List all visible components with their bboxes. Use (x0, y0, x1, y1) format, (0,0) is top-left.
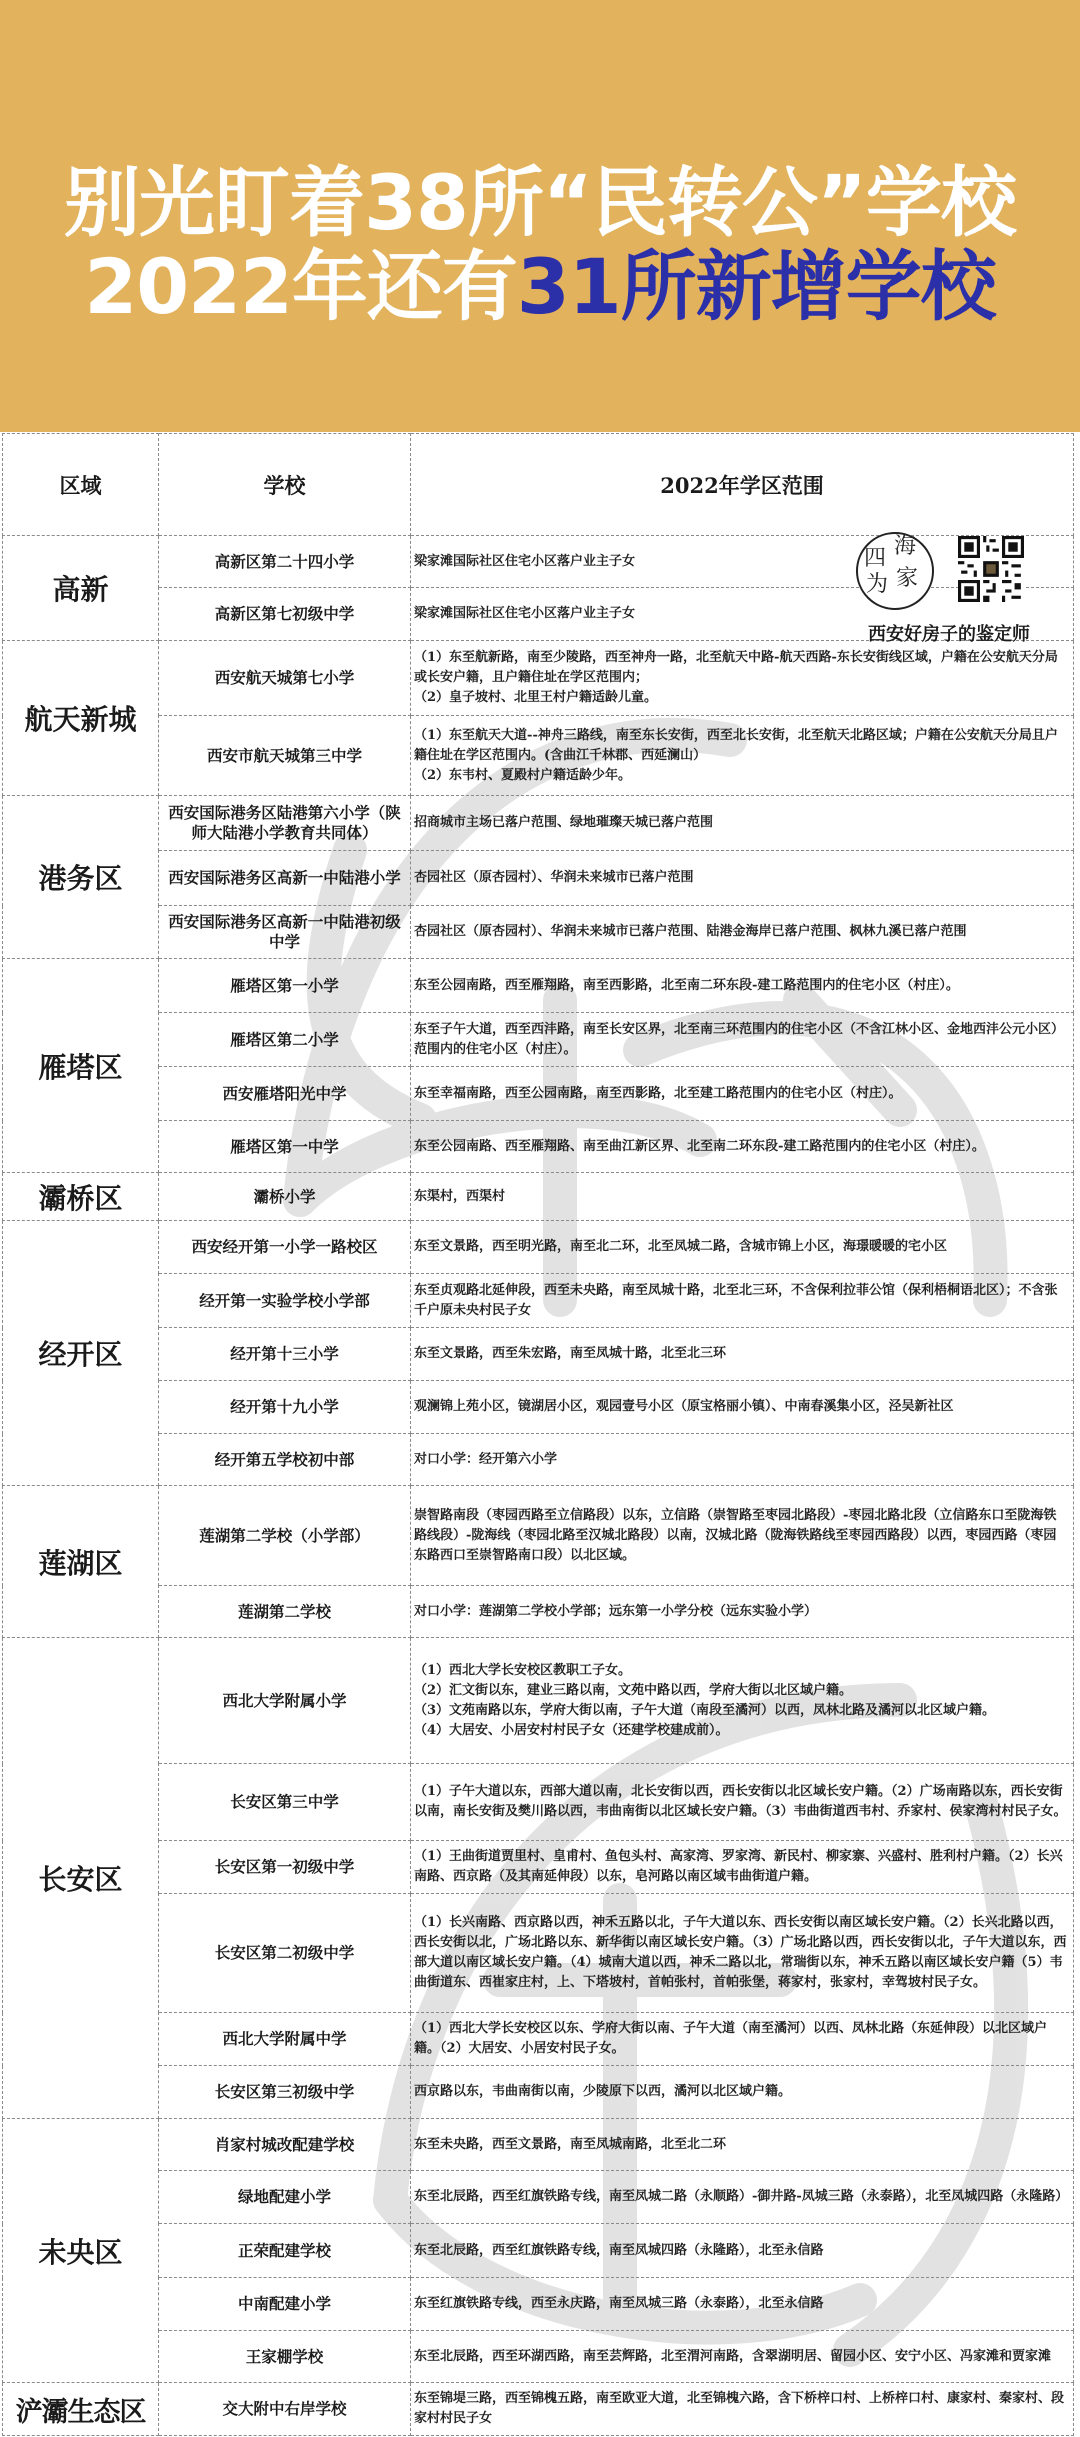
table-row: 雁塔区第二小学 东至子午大道，西至西沣路，南至长安区界，北至南三环范围内的住宅小… (3, 1013, 1074, 1067)
range-cell: （1）西北大学长安校区教职工子女。 （2）汇文街以东，建业三路以南，文苑中路以西… (411, 1638, 1074, 1764)
range-cell: 东至幸福南路，西至公园南路，南至西影路，北至建工路范围内的住宅小区（村庄）。 (411, 1067, 1074, 1121)
district-cell: 航天新城 (3, 641, 159, 796)
district-cell: 未央区 (3, 2119, 159, 2383)
table-row: 西安市航天城第三中学 （1）东至航天大道--神舟三路线，南至东长安街，西至北长安… (3, 716, 1074, 796)
range-cell: 东至锦堤三路，西至锦槐五路，南至欧亚大道，北至锦槐六路，含下桥梓口村、上桥梓口村… (411, 2383, 1074, 2436)
table-row: 长安区第三初级中学 西京路以东，韦曲南街以南，少陵原下以西，潏河以北区域户籍。 (3, 2066, 1074, 2119)
range-cell: 东至文景路，西至朱宏路，南至凤城十路，北至北三环 (411, 1328, 1074, 1381)
table-row: 港务区 西安国际港务区陆港第六小学（陕师大陆港小学教育共同体） 招商城市主场已落… (3, 796, 1074, 851)
range-cell: 东至公园南路，西至雁翔路，南至西影路，北至南二环东段-建工路范围内的住宅小区（村… (411, 959, 1074, 1013)
district-cell: 经开区 (3, 1221, 159, 1486)
brand-slogan: 西安好房子的鉴定师 (838, 620, 1060, 646)
table-row: 长安区第二初级中学 （1）长兴南路、西京路以西，神禾五路以北，子午大道以东、西长… (3, 1894, 1074, 2013)
table-row: 中南配建小学 东至红旗铁路专线，西至永庆路，南至凤城三路（永泰路），北至永信路 (3, 2278, 1074, 2331)
range-cell: 杏园社区（原杏园村）、华润未来城市已落户范围、陆港金海岸已落户范围、枫林九溪已落… (411, 906, 1074, 959)
school-cell: 西安航天城第七小学 (159, 641, 411, 716)
table-row: 西安国际港务区高新一中陆港小学 杏园社区（原杏园村）、华润未来城市已落户范围 (3, 851, 1074, 906)
school-cell: 交大附中右岸学校 (159, 2383, 411, 2436)
district-cell: 灞桥区 (3, 1173, 159, 1221)
banner-title-highlight: 31所新增学校 (517, 242, 996, 331)
school-district-table: 区域 学校 2022年学区范围 高新 高新区第二十四小学 梁家滩国际社区住宅小区… (2, 433, 1074, 2436)
table-row: 浐灞生态区 交大附中右岸学校 东至锦堤三路，西至锦槐五路，南至欧亚大道，北至锦槐… (3, 2383, 1074, 2436)
table-row: 西安国际港务区高新一中陆港初级中学 杏园社区（原杏园村）、华润未来城市已落户范围… (3, 906, 1074, 959)
table-row: 未央区 肖家村城改配建学校 东至未央路，西至文景路，南至凤城南路，北至北二环 (3, 2119, 1074, 2171)
table-row: 莲湖区 莲湖第二学校（小学部） 崇智路南段（枣园西路至立信路段）以东，立信路（崇… (3, 1486, 1074, 1586)
range-cell: 东至未央路，西至文景路，南至凤城南路，北至北二环 (411, 2119, 1074, 2171)
table-row: 西北大学附属中学 （1）西北大学长安校区以东、学府大街以南、子午大道（南至潏河）… (3, 2013, 1074, 2066)
range-cell: （1）长兴南路、西京路以西，神禾五路以北，子午大道以东、西长安街以南区域长安户籍… (411, 1894, 1074, 2013)
table-row: 西安雁塔阳光中学 东至幸福南路，西至公园南路，南至西影路，北至建工路范围内的住宅… (3, 1067, 1074, 1121)
table-row: 长安区第一初级中学 （1）王曲街道贾里村、皇甫村、鱼包头村、高家湾、罗家湾、新民… (3, 1841, 1074, 1894)
range-cell: （1）西北大学长安校区以东、学府大街以南、子午大道（南至潏河）以西、凤林北路（东… (411, 2013, 1074, 2066)
range-cell: 东至红旗铁路专线，西至永庆路，南至凤城三路（永泰路），北至永信路 (411, 2278, 1074, 2331)
table-row: 经开第十三小学 东至文景路，西至朱宏路，南至凤城十路，北至北三环 (3, 1328, 1074, 1381)
school-cell: 莲湖第二学校（小学部） (159, 1486, 411, 1586)
range-cell: 东至公园南路、西至雁翔路、南至曲江新区界、北至南二环东段-建工路范围内的住宅小区… (411, 1121, 1074, 1173)
qr-code-icon[interactable] (958, 536, 1024, 602)
table-row: 正荣配建学校 东至北辰路，西至红旗铁路专线，南至凤城四路（永隆路），北至永信路 (3, 2224, 1074, 2278)
range-cell: 观澜锦上苑小区，镜湖居小区，观园壹号小区（原宝格丽小镇）、中南春溪集小区，泾吴新… (411, 1381, 1074, 1434)
school-cell: 正荣配建学校 (159, 2224, 411, 2278)
range-cell: 崇智路南段（枣园西路至立信路段）以东，立信路（崇智路至枣园北路段）-枣园北路北段… (411, 1486, 1074, 1586)
header-school: 学校 (159, 434, 411, 536)
range-cell: 对口小学：莲湖第二学校小学部；远东第一小学分校（远东实验小学） (411, 1586, 1074, 1638)
district-cell: 浐灞生态区 (3, 2383, 159, 2436)
district-cell: 高新 (3, 536, 159, 641)
table-row: 经开第十九小学 观澜锦上苑小区，镜湖居小区，观园壹号小区（原宝格丽小镇）、中南春… (3, 1381, 1074, 1434)
banner-title-line2: 2022年还有31所新增学校 (0, 226, 1080, 335)
school-cell: 高新区第二十四小学 (159, 536, 411, 588)
school-cell: 西安市航天城第三中学 (159, 716, 411, 796)
title-banner: 别光盯着38所“民转公”学校 2022年还有31所新增学校 (0, 0, 1080, 432)
school-cell: 肖家村城改配建学校 (159, 2119, 411, 2171)
range-cell: 东至北辰路，西至红旗铁路专线，南至凤城二路（永顺路）-御井路-凤城三路（永泰路）… (411, 2171, 1074, 2224)
school-cell: 长安区第一初级中学 (159, 1841, 411, 1894)
district-cell: 港务区 (3, 796, 159, 959)
range-cell: 东渠村，西渠村 (411, 1173, 1074, 1221)
school-cell: 经开第五学校初中部 (159, 1434, 411, 1486)
school-cell: 绿地配建小学 (159, 2171, 411, 2224)
school-cell: 中南配建小学 (159, 2278, 411, 2331)
table-row: 灞桥区 灞桥小学 东渠村，西渠村 (3, 1173, 1074, 1221)
school-cell: 王家棚学校 (159, 2331, 411, 2383)
range-cell: （1）子午大道以东，西部大道以南，北长安街以西，西长安街以北区域长安户籍。（2）… (411, 1764, 1074, 1841)
table-row: 经开第五学校初中部 对口小学：经开第六小学 (3, 1434, 1074, 1486)
seal-logo-icon: 四 海 为 家 (856, 532, 934, 610)
school-cell: 长安区第二初级中学 (159, 1894, 411, 2013)
school-cell: 西安经开第一小学一路校区 (159, 1221, 411, 1274)
district-cell: 雁塔区 (3, 959, 159, 1173)
range-cell: 东至贞观路北延伸段，西至未央路，南至凤城十路，北至北三环，不含保利拉菲公馆（保利… (411, 1274, 1074, 1328)
school-cell: 西北大学附属中学 (159, 2013, 411, 2066)
range-cell: 东至文景路，西至明光路，南至北二环，北至凤城二路，含城市锦上小区，海璟暖暖的宅小… (411, 1221, 1074, 1274)
school-cell: 长安区第三初级中学 (159, 2066, 411, 2119)
district-cell: 莲湖区 (3, 1486, 159, 1638)
banner-title-prefix: 2022年还有 (84, 242, 517, 331)
school-cell: 雁塔区第一小学 (159, 959, 411, 1013)
range-cell: （1）王曲街道贾里村、皇甫村、鱼包头村、高家湾、罗家湾、新民村、柳家寨、兴盛村、… (411, 1841, 1074, 1894)
school-cell: 长安区第三中学 (159, 1764, 411, 1841)
table-row: 长安区 西北大学附属小学 （1）西北大学长安校区教职工子女。 （2）汇文街以东，… (3, 1638, 1074, 1764)
header-range: 2022年学区范围 (411, 434, 1074, 536)
table-row: 王家棚学校 东至北辰路，西至环湖西路，南至芸辉路，北至渭河南路，含翠湖明居、留园… (3, 2331, 1074, 2383)
table-row: 莲湖第二学校 对口小学：莲湖第二学校小学部；远东第一小学分校（远东实验小学） (3, 1586, 1074, 1638)
range-cell: 东至北辰路，西至红旗铁路专线，南至凤城四路（永隆路），北至永信路 (411, 2224, 1074, 2278)
school-cell: 西安国际港务区陆港第六小学（陕师大陆港小学教育共同体） (159, 796, 411, 851)
district-cell: 长安区 (3, 1638, 159, 2119)
school-cell: 经开第十九小学 (159, 1381, 411, 1434)
brand-stamp: 四 海 为 家 西安好房子的鉴定师 (838, 528, 1060, 652)
range-cell: （1）东至航天大道--神舟三路线，南至东长安街，西至北长安街，北至航天北路区域；… (411, 716, 1074, 796)
table-row: 经开区 西安经开第一小学一路校区 东至文景路，西至明光路，南至北二环，北至凤城二… (3, 1221, 1074, 1274)
table-row: 经开第一实验学校小学部 东至贞观路北延伸段，西至未央路，南至凤城十路，北至北三环… (3, 1274, 1074, 1328)
range-cell: 东至北辰路，西至环湖西路，南至芸辉路，北至渭河南路，含翠湖明居、留园小区、安宁小… (411, 2331, 1074, 2383)
school-cell: 经开第一实验学校小学部 (159, 1274, 411, 1328)
school-cell: 西安国际港务区高新一中陆港初级中学 (159, 906, 411, 959)
table-header-row: 区域 学校 2022年学区范围 (3, 434, 1074, 536)
table-row: 绿地配建小学 东至北辰路，西至红旗铁路专线，南至凤城二路（永顺路）-御井路-凤城… (3, 2171, 1074, 2224)
range-cell: 对口小学：经开第六小学 (411, 1434, 1074, 1486)
range-cell: 杏园社区（原杏园村）、华润未来城市已落户范围 (411, 851, 1074, 906)
table-row: 雁塔区第一中学 东至公园南路、西至雁翔路、南至曲江新区界、北至南二环东段-建工路… (3, 1121, 1074, 1173)
school-cell: 西安雁塔阳光中学 (159, 1067, 411, 1121)
school-cell: 经开第十三小学 (159, 1328, 411, 1381)
school-cell: 西安国际港务区高新一中陆港小学 (159, 851, 411, 906)
school-cell: 莲湖第二学校 (159, 1586, 411, 1638)
range-cell: 西京路以东，韦曲南街以南，少陵原下以西，潏河以北区域户籍。 (411, 2066, 1074, 2119)
school-cell: 西北大学附属小学 (159, 1638, 411, 1764)
range-cell: 东至子午大道，西至西沣路，南至长安区界，北至南三环范围内的住宅小区（不含江林小区… (411, 1013, 1074, 1067)
range-cell: 招商城市主场已落户范围、绿地璀璨天城已落户范围 (411, 796, 1074, 851)
school-cell: 灞桥小学 (159, 1173, 411, 1221)
table-row: 雁塔区 雁塔区第一小学 东至公园南路，西至雁翔路，南至西影路，北至南二环东段-建… (3, 959, 1074, 1013)
header-district: 区域 (3, 434, 159, 536)
table-row: 长安区第三中学 （1）子午大道以东，西部大道以南，北长安街以西，西长安街以北区域… (3, 1764, 1074, 1841)
school-cell: 雁塔区第一中学 (159, 1121, 411, 1173)
school-cell: 高新区第七初级中学 (159, 588, 411, 641)
school-district-table-container: 区域 学校 2022年学区范围 高新 高新区第二十四小学 梁家滩国际社区住宅小区… (2, 433, 1073, 2436)
school-cell: 雁塔区第二小学 (159, 1013, 411, 1067)
